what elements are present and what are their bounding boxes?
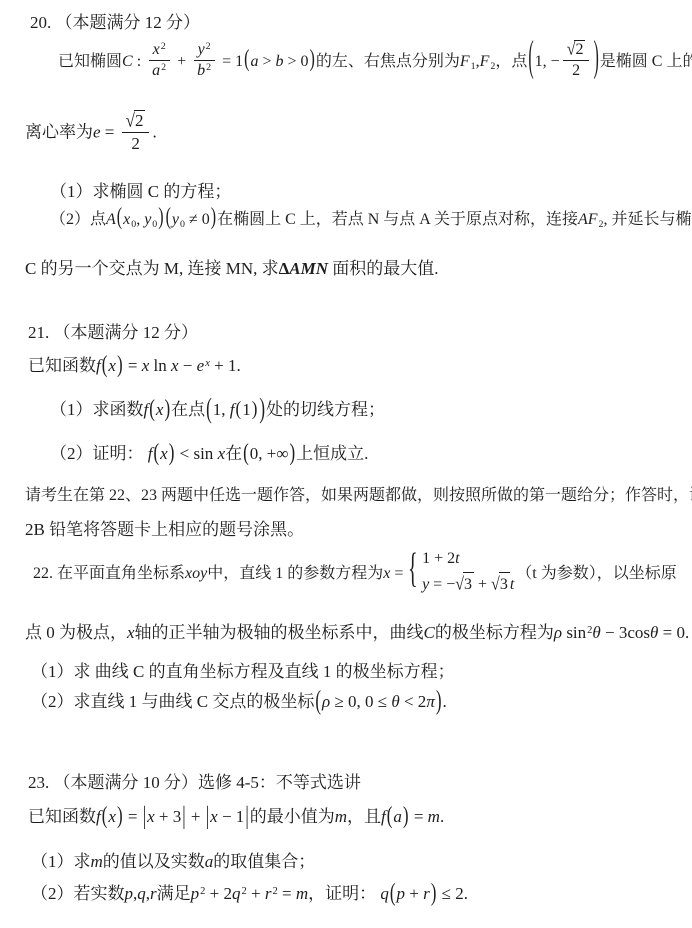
frac-numerator: √2 <box>122 110 150 133</box>
math-frac: x2a2 <box>148 41 170 81</box>
q21-header: 21. （本题满分 12 分） <box>28 322 198 344</box>
math-t: 轴的正半轴为极轴的极坐标系中，曲线 <box>135 623 424 642</box>
math-sub: 1 <box>471 61 476 72</box>
math-sq: √2 <box>126 110 146 131</box>
q23-header: 23. （本题满分 10 分）选修 4-5：不等式选讲 <box>28 772 361 794</box>
math-t: ，证明： <box>308 884 380 903</box>
q23-part2-line: （2）若实数p,q,r满足p2 + 2q2 + r2 = m，证明： q(p +… <box>31 883 468 906</box>
math-t: 是椭圆 C 上的点， <box>600 53 692 70</box>
math-vb: | <box>245 800 248 833</box>
math-i: r <box>265 884 272 903</box>
frac-denominator: b2 <box>193 61 215 80</box>
math-sup: x <box>205 358 210 369</box>
math-t: > <box>258 53 275 70</box>
math-sub: 0 <box>180 219 185 230</box>
math-lp: ( <box>315 683 321 718</box>
math-t: = 0. <box>658 623 689 642</box>
math-t: 上恒成立. <box>296 444 368 463</box>
math-sq: √3 <box>491 572 510 598</box>
q20-header: 20. （本题满分 12 分） <box>30 12 200 34</box>
math-cases: {1 + 2ty = −√3 + √3t <box>409 547 514 598</box>
radical-sign: √ <box>126 110 135 132</box>
math-sup: 2 <box>161 62 166 73</box>
math-t: 处的切线方程； <box>266 400 385 419</box>
math-t: （1）求 <box>31 852 91 871</box>
math-lp: ( <box>117 203 122 234</box>
math-t: − 1 <box>218 807 245 826</box>
math-i: x <box>108 356 116 375</box>
radical-sign: √ <box>455 571 464 599</box>
math-i: r <box>423 884 430 903</box>
math-rp: ) <box>259 390 265 428</box>
math-lp: ( <box>149 394 155 425</box>
math-t: 2 <box>575 41 583 58</box>
math-t: 22. 在平面直角坐标系 <box>33 565 185 582</box>
math-t: = <box>278 884 296 903</box>
math-i: f <box>96 356 101 375</box>
math-t: ≤ 2. <box>437 884 468 903</box>
math-t: 1, − <box>535 53 560 70</box>
math-sup: 2 <box>206 41 211 52</box>
math-i: m <box>335 807 347 826</box>
math-t: − <box>179 356 197 375</box>
math-i: p <box>125 884 134 903</box>
math-lp: ( <box>102 801 108 832</box>
math-lp: ( <box>206 390 212 428</box>
math-t: C 的另一个交点为 M, 连接 MN, 求 <box>25 259 279 278</box>
notice-line-2: 2B 铅笔将答题卡上相应的题号涂黑。 <box>25 519 304 541</box>
q20-given-line: 已知椭圆C : x2a2 + y2b2 = 1(a > b > 0)的左、右焦点… <box>58 42 692 83</box>
math-t: + <box>187 807 205 826</box>
math-i: t <box>510 576 514 593</box>
math-i: f <box>96 807 101 826</box>
math-i: y <box>172 211 179 228</box>
math-t: : <box>133 53 145 70</box>
math-b: Δ <box>279 259 290 278</box>
math-lp: ( <box>102 350 108 381</box>
math-i: x <box>218 444 226 463</box>
math-sub: 0 <box>152 219 157 230</box>
math-t: ≥ 0, 0 ≤ <box>330 692 391 711</box>
math-t: （2）证明： <box>50 444 148 463</box>
math-i: xoy <box>185 565 207 582</box>
math-t: 0, +∞ <box>250 444 289 463</box>
frac-numerator: x2 <box>149 41 170 61</box>
math-i: f <box>144 400 149 419</box>
math-i: m <box>296 884 308 903</box>
math-i: f <box>381 807 386 826</box>
math-t: 2 <box>131 134 140 153</box>
math-t: = <box>124 807 142 826</box>
math-i: p <box>397 884 406 903</box>
math-i: y <box>144 211 151 228</box>
math-i: p <box>191 884 200 903</box>
radicand: 3 <box>499 572 510 598</box>
math-t: 的左、右焦点分别为 <box>316 53 460 70</box>
radicand: 2 <box>574 40 585 59</box>
math-sup: 2 <box>241 886 246 897</box>
math-i: ρ <box>554 623 562 642</box>
math-t: ln <box>149 356 171 375</box>
math-rp: ) <box>117 350 123 381</box>
math-rp: ) <box>436 683 442 718</box>
math-sup: 2 <box>272 886 277 897</box>
math-i: f <box>148 444 153 463</box>
q22-intro-line: 22. 在平面直角坐标系xoy中，直线 1 的参数方程为x = {1 + 2ty… <box>33 549 677 600</box>
frac-denominator: 2 <box>127 133 144 154</box>
math-t: （t 为参数），以坐标原 <box>516 565 676 582</box>
math-t: 1 <box>242 400 251 419</box>
math-i: t <box>455 550 459 567</box>
math-t: > 0 <box>283 53 308 70</box>
q23-part1-line: （1）求m的值以及实数a的取值集合； <box>31 851 315 873</box>
frac-denominator: a2 <box>148 61 170 80</box>
math-frac: √22 <box>122 110 150 153</box>
math-i: F <box>460 53 470 70</box>
math-t: = <box>101 122 119 141</box>
cases-row: 1 + 2t <box>422 547 514 572</box>
q20-part1-line: （1）求椭圆 C 的方程； <box>50 181 231 203</box>
math-lp: ( <box>244 45 249 76</box>
math-rp: ) <box>164 394 170 425</box>
math-i: a <box>152 62 160 79</box>
math-i: AF <box>578 211 598 228</box>
math-t: sin <box>562 623 586 642</box>
math-i: x <box>153 41 160 58</box>
math-rp: ) <box>252 396 258 423</box>
math-t: 1 + 2 <box>422 550 455 567</box>
math-rp: ) <box>290 438 296 469</box>
math-t: . <box>440 807 444 826</box>
math-sup: 2 <box>200 886 205 897</box>
math-t: < 2 <box>400 692 427 711</box>
math-vb: | <box>182 800 185 833</box>
math-lp: ( <box>243 438 249 469</box>
math-i: m <box>91 852 103 871</box>
math-t: = 1 <box>218 53 243 70</box>
math-t: 已知椭圆 <box>58 53 122 70</box>
math-rp: ) <box>117 801 123 832</box>
math-i: θ <box>391 692 399 711</box>
frac-numerator: √2 <box>563 40 590 61</box>
math-sq: √3 <box>455 572 474 598</box>
math-i: x <box>156 400 164 419</box>
math-t: = − <box>429 576 455 593</box>
math-t: 2 <box>135 111 144 130</box>
math-sup: 2 <box>161 41 166 52</box>
math-t: （1）求函数 <box>50 400 144 419</box>
math-t: 面积的最大值. <box>328 259 439 278</box>
math-i: x <box>147 807 155 826</box>
math-t: . <box>443 692 447 711</box>
math-t: = <box>410 807 428 826</box>
math-sub: 0 <box>131 219 136 230</box>
math-t: = <box>124 356 142 375</box>
math-t: 已知函数 <box>28 356 96 375</box>
math-i: x <box>160 444 168 463</box>
math-lp: ( <box>153 438 159 469</box>
math-i: C <box>424 623 435 642</box>
math-t: 1, <box>213 400 230 419</box>
radicand: 2 <box>134 110 146 131</box>
math-lp: ( <box>236 396 242 423</box>
math-t: < sin <box>175 444 217 463</box>
q21-given-line: 已知函数f(x) = x ln x − ex + 1. <box>28 355 241 378</box>
math-i: a <box>205 852 214 871</box>
math-t: 的取值集合； <box>213 852 315 871</box>
math-lp: ( <box>387 801 393 832</box>
frac-denominator: 2 <box>568 61 584 80</box>
math-sq: √2 <box>567 40 586 59</box>
math-t: + <box>173 53 190 70</box>
math-rp: ) <box>169 438 175 469</box>
math-i: C <box>122 53 133 70</box>
math-rp: ) <box>211 203 216 234</box>
math-t: − 3cos <box>601 623 650 642</box>
math-vb: | <box>206 800 209 833</box>
math-i: y <box>198 41 205 58</box>
math-vb: | <box>143 800 146 833</box>
math-i: b <box>197 62 205 79</box>
math-rp: ) <box>310 45 315 76</box>
math-bi: AMN <box>289 259 328 278</box>
math-t: 已知函数 <box>28 807 96 826</box>
math-t: 中，直线 1 的参数方程为 <box>207 565 383 582</box>
math-rp: ) <box>158 203 163 234</box>
math-sup: 2 <box>587 625 592 636</box>
exam-page: 20. （本题满分 12 分） 已知椭圆C : x2a2 + y2b2 = 1(… <box>0 0 692 928</box>
math-t: 的值以及实数 <box>103 852 205 871</box>
notice-line-1: 请考生在第 22、23 两题中任选一题作答，如果两题都做，则按照所做的第一题给分… <box>25 486 692 507</box>
math-i: m <box>428 807 440 826</box>
math-t: + 1. <box>210 356 241 375</box>
radical-sign: √ <box>567 40 576 61</box>
math-lp: ( <box>528 32 533 88</box>
q22-polar-line: 点 0 为极点，x轴的正半轴为极轴的极坐标系中，曲线C的极坐标方程为ρ sin2… <box>25 622 689 644</box>
math-t: 离心率为 <box>25 122 93 141</box>
math-rp: ) <box>593 32 598 88</box>
math-rp: ) <box>403 801 409 832</box>
math-sup: 2 <box>206 62 211 73</box>
q22-part1-line: （1）求 曲线 C 的直角坐标方程及直线 1 的极坐标方程； <box>31 661 455 683</box>
math-t: + 3 <box>155 807 182 826</box>
q23-given-line: 已知函数f(x) = |x + 3| + |x − 1|的最小值为m，且f(a)… <box>28 806 444 829</box>
math-t: + <box>405 884 423 903</box>
math-i: π <box>426 692 435 711</box>
math-sub: 2 <box>599 219 604 230</box>
math-i: θ <box>592 623 600 642</box>
math-t: + 2 <box>205 884 232 903</box>
math-i: r <box>150 884 157 903</box>
math-t: 在点 <box>171 400 205 419</box>
q21-part2-line: （2）证明： f(x) < sin x在(0, +∞)上恒成立. <box>50 443 368 466</box>
math-t: 的极坐标方程为 <box>435 623 554 642</box>
math-i: F <box>480 53 490 70</box>
math-i: x <box>123 211 130 228</box>
q20-part2-line: （2）点A(x0, y0)(y0 ≠ 0)在椭圆上 C 上，若点 N 与点 A … <box>50 210 692 231</box>
math-t: , <box>136 211 144 228</box>
math-t: . <box>152 122 156 141</box>
math-t: = <box>390 565 407 582</box>
math-t: ≠ 0 <box>185 211 210 228</box>
math-t: 满足 <box>157 884 191 903</box>
math-t: 3 <box>500 576 508 593</box>
radical-sign: √ <box>491 571 500 599</box>
q21-part1-line: （1）求函数f(x)在点(1, f(1))处的切线方程； <box>50 399 385 422</box>
cases-rows: 1 + 2ty = −√3 + √3t <box>422 547 514 598</box>
math-rp: ) <box>431 877 437 910</box>
math-i: x <box>108 807 116 826</box>
math-i: q <box>137 884 146 903</box>
math-t: 3 <box>464 576 472 593</box>
math-t: ，且 <box>347 807 381 826</box>
math-lp: ( <box>166 203 171 234</box>
q20-eccentricity-line: 离心率为e = √22. <box>25 112 157 155</box>
math-frac: √22 <box>563 40 590 81</box>
math-i: x <box>210 807 218 826</box>
math-t: 2 <box>572 62 580 79</box>
math-t: 的最小值为 <box>250 807 335 826</box>
frac-numerator: y2 <box>194 41 215 61</box>
q22-part2-line: （2）求直线 1 与曲线 C 交点的极坐标(ρ ≥ 0, 0 ≤ θ < 2π)… <box>31 691 447 714</box>
math-i: x <box>171 356 179 375</box>
math-i: e <box>93 122 101 141</box>
math-t: ，点 <box>495 53 527 70</box>
math-i: a <box>393 807 402 826</box>
math-i: q <box>232 884 241 903</box>
math-lp: ( <box>390 877 396 910</box>
math-i: f <box>230 400 235 419</box>
math-t: + <box>474 576 491 593</box>
math-frac: y2b2 <box>193 41 215 81</box>
math-i: e <box>197 356 205 375</box>
math-t: 在椭圆上 C 上，若点 N 与点 A 关于原点对称，连接 <box>217 211 578 228</box>
math-i: x <box>127 623 135 642</box>
math-i: ρ <box>322 692 330 711</box>
math-t: 点 0 为极点， <box>25 623 127 642</box>
math-t: + <box>247 884 265 903</box>
math-sub: 2 <box>490 61 495 72</box>
math-t: （2）点 <box>50 211 106 228</box>
cases-brace: { <box>408 546 418 599</box>
math-i: A <box>106 211 116 228</box>
q20-part2b-line: C 的另一个交点为 M, 连接 MN, 求ΔAMN 面积的最大值. <box>25 258 439 280</box>
radicand: 3 <box>463 572 474 598</box>
math-i: q <box>380 884 389 903</box>
math-t: 在 <box>225 444 242 463</box>
math-t: （2）求直线 1 与曲线 C 交点的极坐标 <box>31 692 314 711</box>
math-t: （2）若实数 <box>31 884 125 903</box>
cases-row: y = −√3 + √3t <box>422 572 514 598</box>
math-t: , 并延长与椭圆 <box>603 211 692 228</box>
